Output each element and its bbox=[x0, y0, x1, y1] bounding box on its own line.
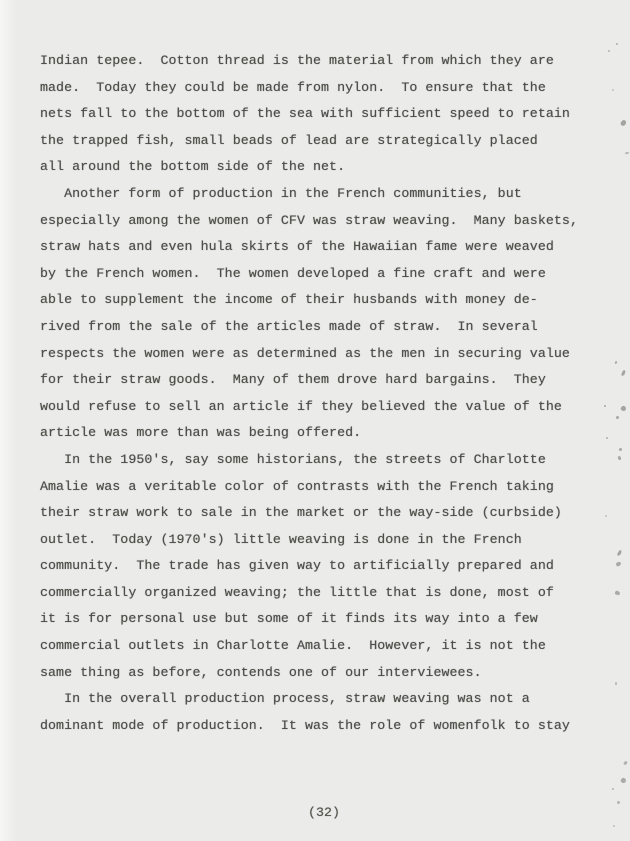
scan-speck bbox=[618, 447, 622, 451]
scan-speck bbox=[625, 152, 629, 155]
scan-speck bbox=[616, 43, 618, 45]
scan-speck bbox=[616, 416, 619, 419]
scan-speck bbox=[620, 405, 627, 412]
scan-speck bbox=[623, 761, 628, 766]
scan-speck bbox=[620, 119, 628, 127]
scan-speck bbox=[615, 682, 617, 685]
scan-speck bbox=[621, 370, 626, 377]
scan-speck bbox=[614, 590, 620, 595]
document-page: Indian tepee. Cotton thread is the mater… bbox=[0, 0, 630, 841]
scan-speck bbox=[617, 801, 621, 805]
scan-speck bbox=[617, 550, 623, 557]
scan-speck bbox=[605, 515, 607, 517]
document-body-text: Indian tepee. Cotton thread is the mater… bbox=[40, 48, 578, 739]
scan-speck bbox=[608, 50, 610, 52]
scan-speck bbox=[613, 825, 615, 827]
scan-speck bbox=[617, 456, 621, 461]
scan-edge-highlight bbox=[0, 0, 16, 841]
scan-speck bbox=[615, 361, 618, 365]
scan-speck bbox=[615, 561, 621, 567]
scan-speck bbox=[604, 405, 606, 407]
scan-speck bbox=[620, 777, 627, 784]
scan-speck bbox=[606, 437, 608, 439]
scan-speck bbox=[612, 788, 614, 790]
page-number: (32) bbox=[308, 805, 340, 821]
scan-speck bbox=[612, 89, 614, 91]
